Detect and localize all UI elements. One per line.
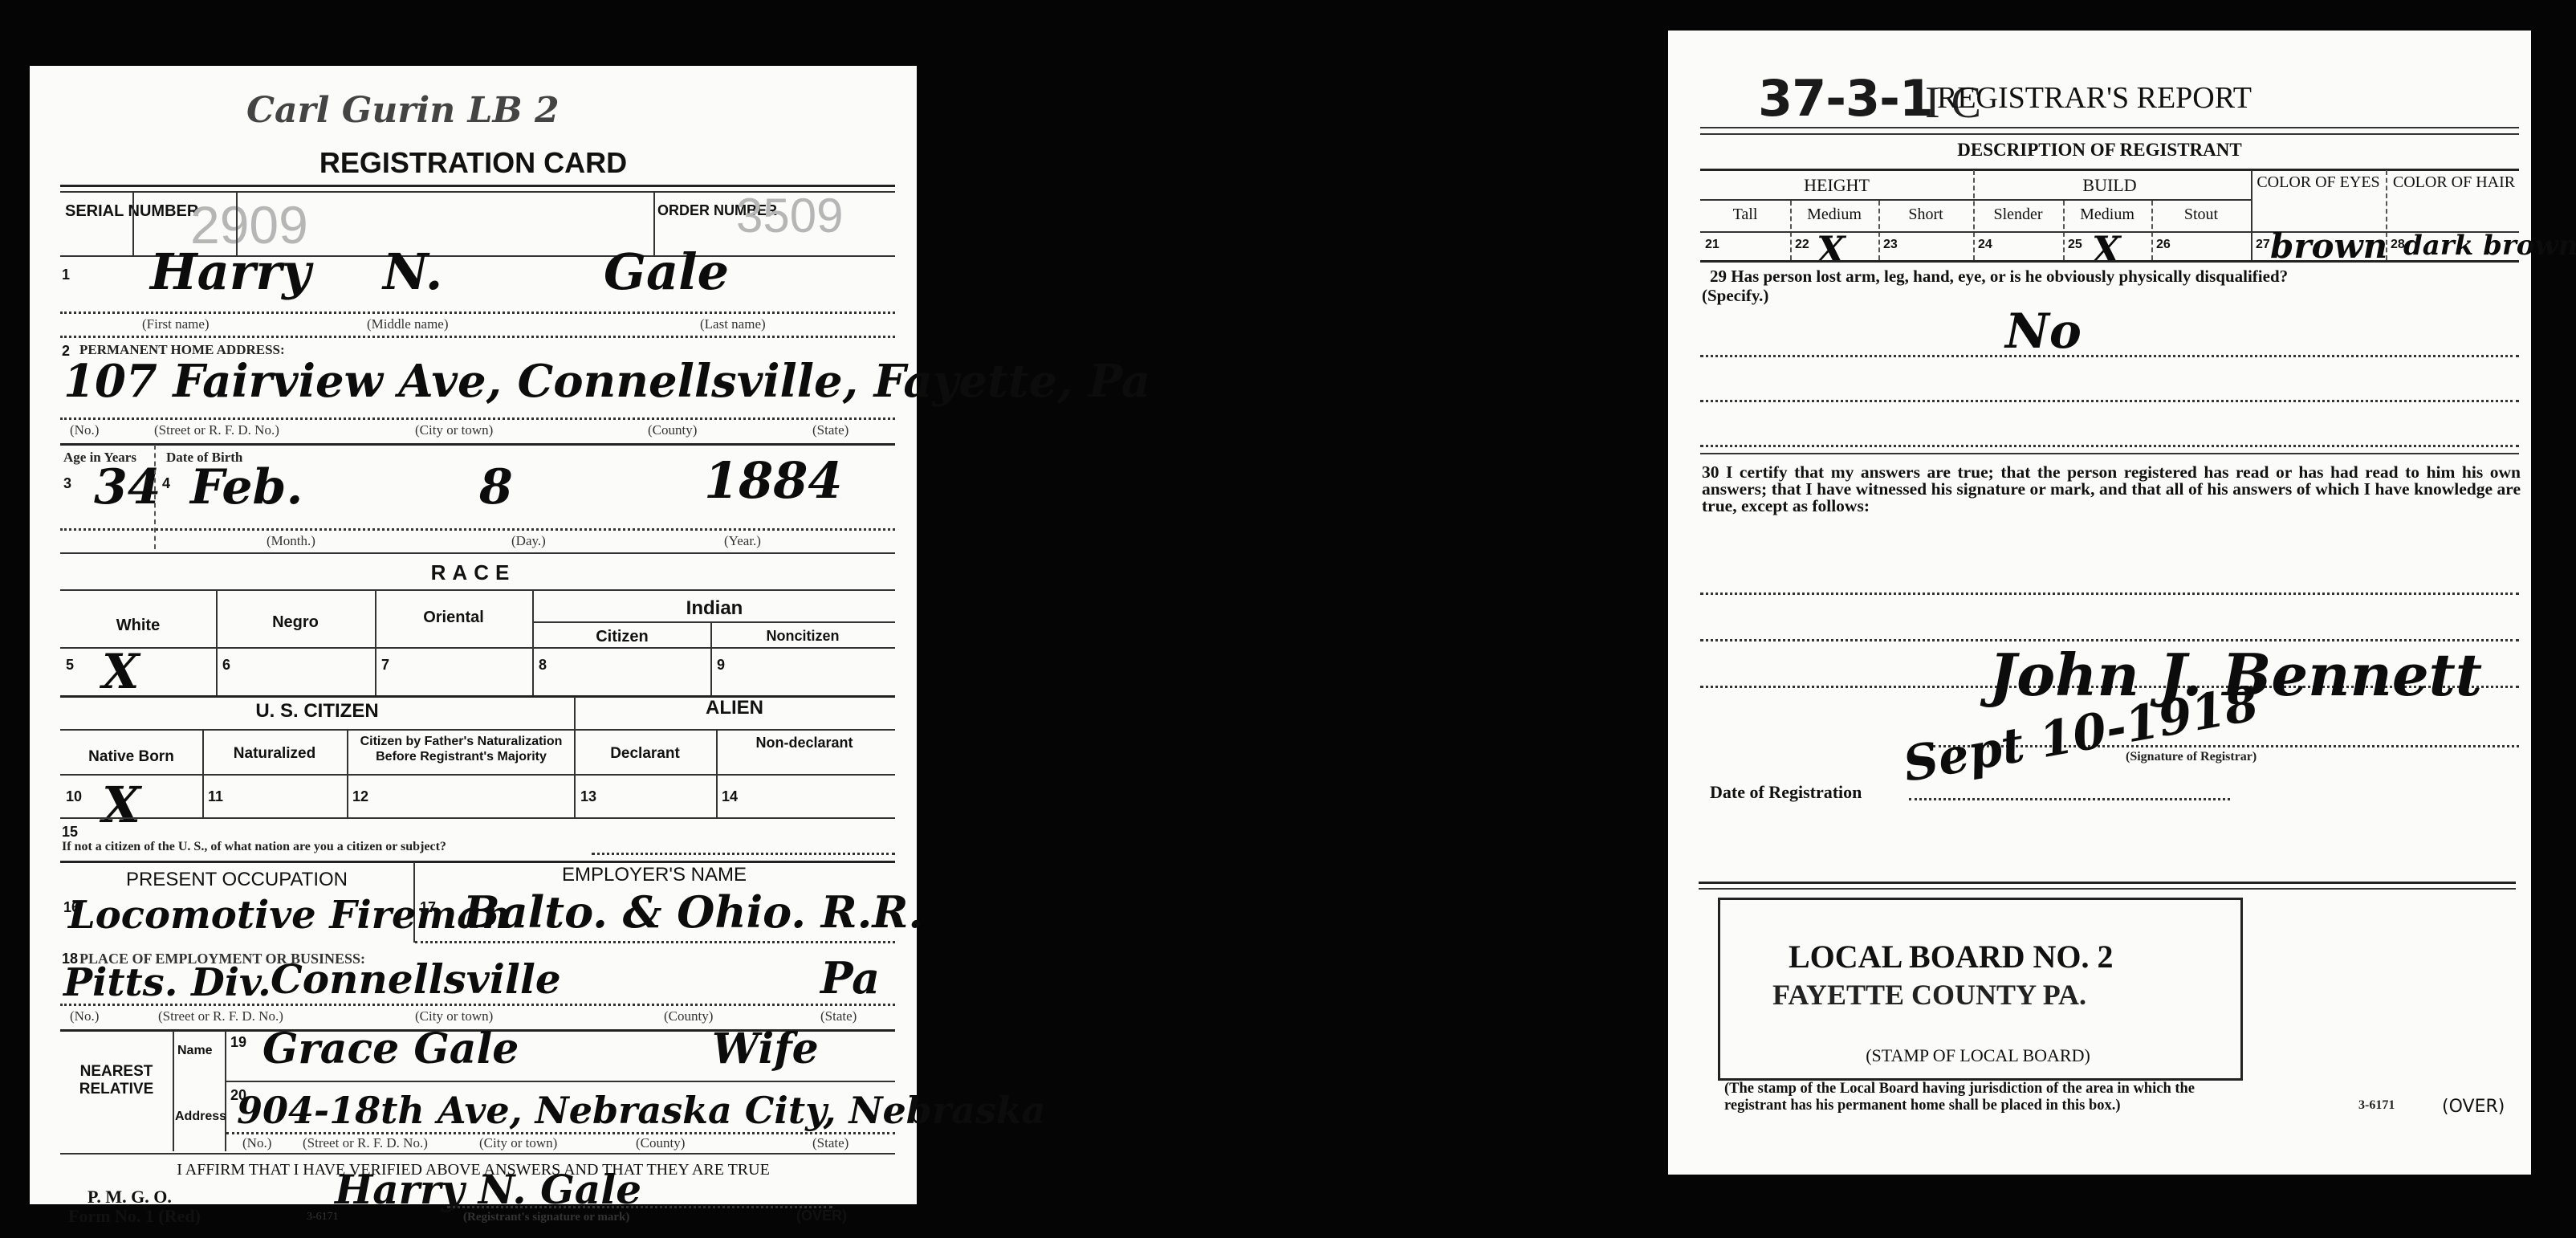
field-number: 27	[2256, 238, 2270, 252]
form-code: 3-6171	[307, 1211, 339, 1224]
field-number: 17	[420, 899, 436, 916]
employment-street: Pitts. Div.	[63, 960, 271, 1005]
registration-card: Carl Gurin LB 2 REGISTRATION CARD SERIAL…	[30, 66, 917, 1204]
height-col-short: Short	[1878, 206, 1973, 224]
race-title: RACE	[30, 560, 917, 585]
height-medium-mark: X	[1817, 228, 1846, 271]
field-number: 1	[62, 267, 70, 283]
middle-name: N.	[383, 242, 442, 301]
dob-day: 8	[479, 459, 513, 515]
dob-year: 1884	[704, 451, 843, 510]
field-number: 14	[722, 788, 738, 805]
sub-label: (City or town)	[479, 1135, 557, 1151]
field-number: 24	[1978, 238, 1992, 252]
race-col-white: White	[60, 617, 216, 635]
build-col-stout: Stout	[2151, 206, 2251, 224]
top-annotation: Carl Gurin LB 2	[246, 90, 560, 131]
field-number: 11	[208, 788, 223, 805]
last-name-label: (Last name)	[700, 316, 766, 332]
sub-label: (Month.)	[267, 533, 315, 549]
sub-label: (County)	[664, 1008, 713, 1024]
alien-col-declarant: Declarant	[574, 745, 716, 763]
registrar-signature-label: (Signature of Registrar)	[2126, 750, 2257, 764]
over-label: (OVER)	[796, 1207, 847, 1224]
stamp-note: (The stamp of the Local Board having jur…	[1724, 1081, 2246, 1114]
sub-label: (State)	[820, 1008, 857, 1024]
description-title: DESCRIPTION OF REGISTRANT	[1668, 140, 2531, 161]
report-title: REGISTRAR'S REPORT	[1937, 80, 2252, 116]
signature-label: (Registrant's signature or mark)	[463, 1211, 629, 1224]
sub-label: (State)	[812, 422, 848, 438]
build-col-medium: Medium	[2063, 206, 2151, 224]
sub-label: (City or town)	[415, 1008, 493, 1024]
sub-label: (Street or R. F. D. No.)	[303, 1135, 428, 1151]
sub-label: (No.)	[242, 1135, 271, 1151]
field-number: 6	[222, 657, 230, 674]
home-address: 107 Fairview Ave, Connellsville, Fayette…	[63, 355, 1150, 408]
order-number: 3509	[736, 188, 843, 243]
over-label: (OVER)	[2442, 1097, 2505, 1117]
q29-text: 29 Has person lost arm, leg, hand, eye, …	[1710, 267, 2288, 287]
sub-label: (County)	[636, 1135, 685, 1151]
sub-label: (State)	[812, 1135, 848, 1151]
relative-name: Grace Gale	[262, 1024, 519, 1073]
race-white-mark: X	[102, 644, 140, 700]
relative-address: 904-18th Ave, Nebraska City, Nebraska	[237, 1089, 1046, 1132]
relative-relation: Wife	[712, 1024, 819, 1073]
citizen-col-by-father: Citizen by Father's Naturalization Befor…	[351, 734, 572, 764]
race-col-indian-citizen: Citizen	[534, 628, 710, 646]
citizen-col-naturalized: Naturalized	[202, 745, 347, 763]
sub-label: (Street or R. F. D. No.)	[158, 1008, 283, 1024]
race-col-negro: Negro	[216, 613, 375, 632]
eyes-label: COLOR OF EYES	[2251, 173, 2386, 191]
serial-number-label: SERIAL NUMBER	[65, 202, 129, 220]
race-col-oriental: Oriental	[375, 609, 532, 627]
date-of-registration-label: Date of Registration	[1710, 782, 1862, 803]
sub-label: (Street or R. F. D. No.)	[154, 422, 279, 438]
sub-label: (No.)	[70, 1008, 99, 1024]
hair-color: dark brown	[2403, 230, 2576, 262]
first-name-label: (First name)	[142, 316, 210, 332]
dob-month: Feb.	[190, 459, 303, 515]
relative-name-label: Name	[177, 1044, 213, 1058]
q30-text: 30 I certify that my answers are true; t…	[1702, 464, 2521, 515]
sub-label: (Year.)	[724, 533, 761, 549]
field-number: 10	[66, 788, 82, 805]
height-col-medium: Medium	[1790, 206, 1878, 224]
registrars-report-card: 37-3-1 I C REGISTRAR'S REPORT DESCRIPTIO…	[1668, 31, 2531, 1175]
field-number: 26	[2156, 238, 2171, 252]
race-col-indian-noncitizen: Noncitizen	[710, 628, 895, 645]
occupation-value: Locomotive Fireman	[68, 893, 510, 938]
occupation-header: PRESENT OCCUPATION	[60, 869, 413, 891]
card-title: REGISTRATION CARD	[30, 146, 917, 180]
stamp-line-1: LOCAL BOARD NO. 2	[1789, 938, 2114, 975]
field-number: 12	[352, 788, 368, 805]
citizen-col-native-born: Native Born	[60, 748, 202, 766]
field-number: 25	[2068, 238, 2082, 252]
sub-label: (City or town)	[415, 422, 493, 438]
field-number: 4	[162, 475, 170, 492]
native-born-mark: X	[102, 776, 140, 834]
build-label: BUILD	[1973, 175, 2246, 196]
height-col-tall: Tall	[1700, 206, 1790, 224]
employment-state: Pa	[820, 952, 880, 1004]
field-number: 21	[1705, 238, 1719, 252]
sub-label: (No.)	[70, 422, 99, 438]
field-number: 3	[63, 475, 71, 492]
q29-answer: No	[2005, 303, 2082, 360]
build-col-slender: Slender	[1973, 206, 2063, 224]
alien-title: ALIEN	[574, 697, 895, 719]
employer-header: EMPLOYER'S NAME	[413, 864, 895, 886]
field-number: 7	[381, 657, 389, 674]
field-number: 19	[230, 1034, 246, 1051]
form-code: 3-6171	[2358, 1098, 2395, 1113]
order-number-label: ORDER NUMBER	[657, 202, 722, 218]
sub-label: (County)	[648, 422, 697, 438]
nearest-relative-label: NEAREST RELATIVE	[60, 1063, 173, 1098]
nationality-question: If not a citizen of the U. S., of what n…	[62, 840, 446, 854]
field-number: 22	[1795, 238, 1809, 252]
age-value: 34	[94, 459, 161, 515]
q29-specify: (Specify.)	[1702, 286, 1768, 306]
form-number: Form No. 1 (Red)	[68, 1206, 201, 1227]
last-name: Gale	[604, 242, 729, 301]
employment-city: Connellsville	[271, 955, 561, 1003]
relative-address-label: Address	[175, 1110, 226, 1124]
field-number: 23	[1883, 238, 1898, 252]
field-number: 9	[717, 657, 725, 674]
field-number: 5	[66, 657, 74, 674]
sub-label: (Day.)	[511, 533, 546, 549]
middle-name-label: (Middle name)	[367, 316, 449, 332]
hair-label: COLOR OF HAIR	[2386, 173, 2522, 191]
us-citizen-title: U. S. CITIZEN	[60, 700, 574, 723]
employer-value: Balto. & Ohio. R.R.	[463, 886, 923, 938]
alien-col-nondeclarant: Non-declarant	[720, 734, 889, 751]
field-number: 15	[62, 824, 78, 841]
field-number: 13	[580, 788, 596, 805]
field-number: 8	[539, 657, 547, 674]
height-label: HEIGHT	[1700, 175, 1973, 196]
stamp-line-2: FAYETTE COUNTY PA.	[1772, 978, 2086, 1012]
first-name: Harry	[150, 242, 311, 301]
pmgo-label: P. M. G. O.	[87, 1187, 172, 1207]
race-indian-label: Indian	[534, 597, 895, 620]
stamp-number: 37-3-1	[1758, 69, 1933, 128]
stamp-caption: (STAMP OF LOCAL BOARD)	[1668, 1045, 2288, 1066]
build-medium-mark: X	[2092, 228, 2121, 271]
